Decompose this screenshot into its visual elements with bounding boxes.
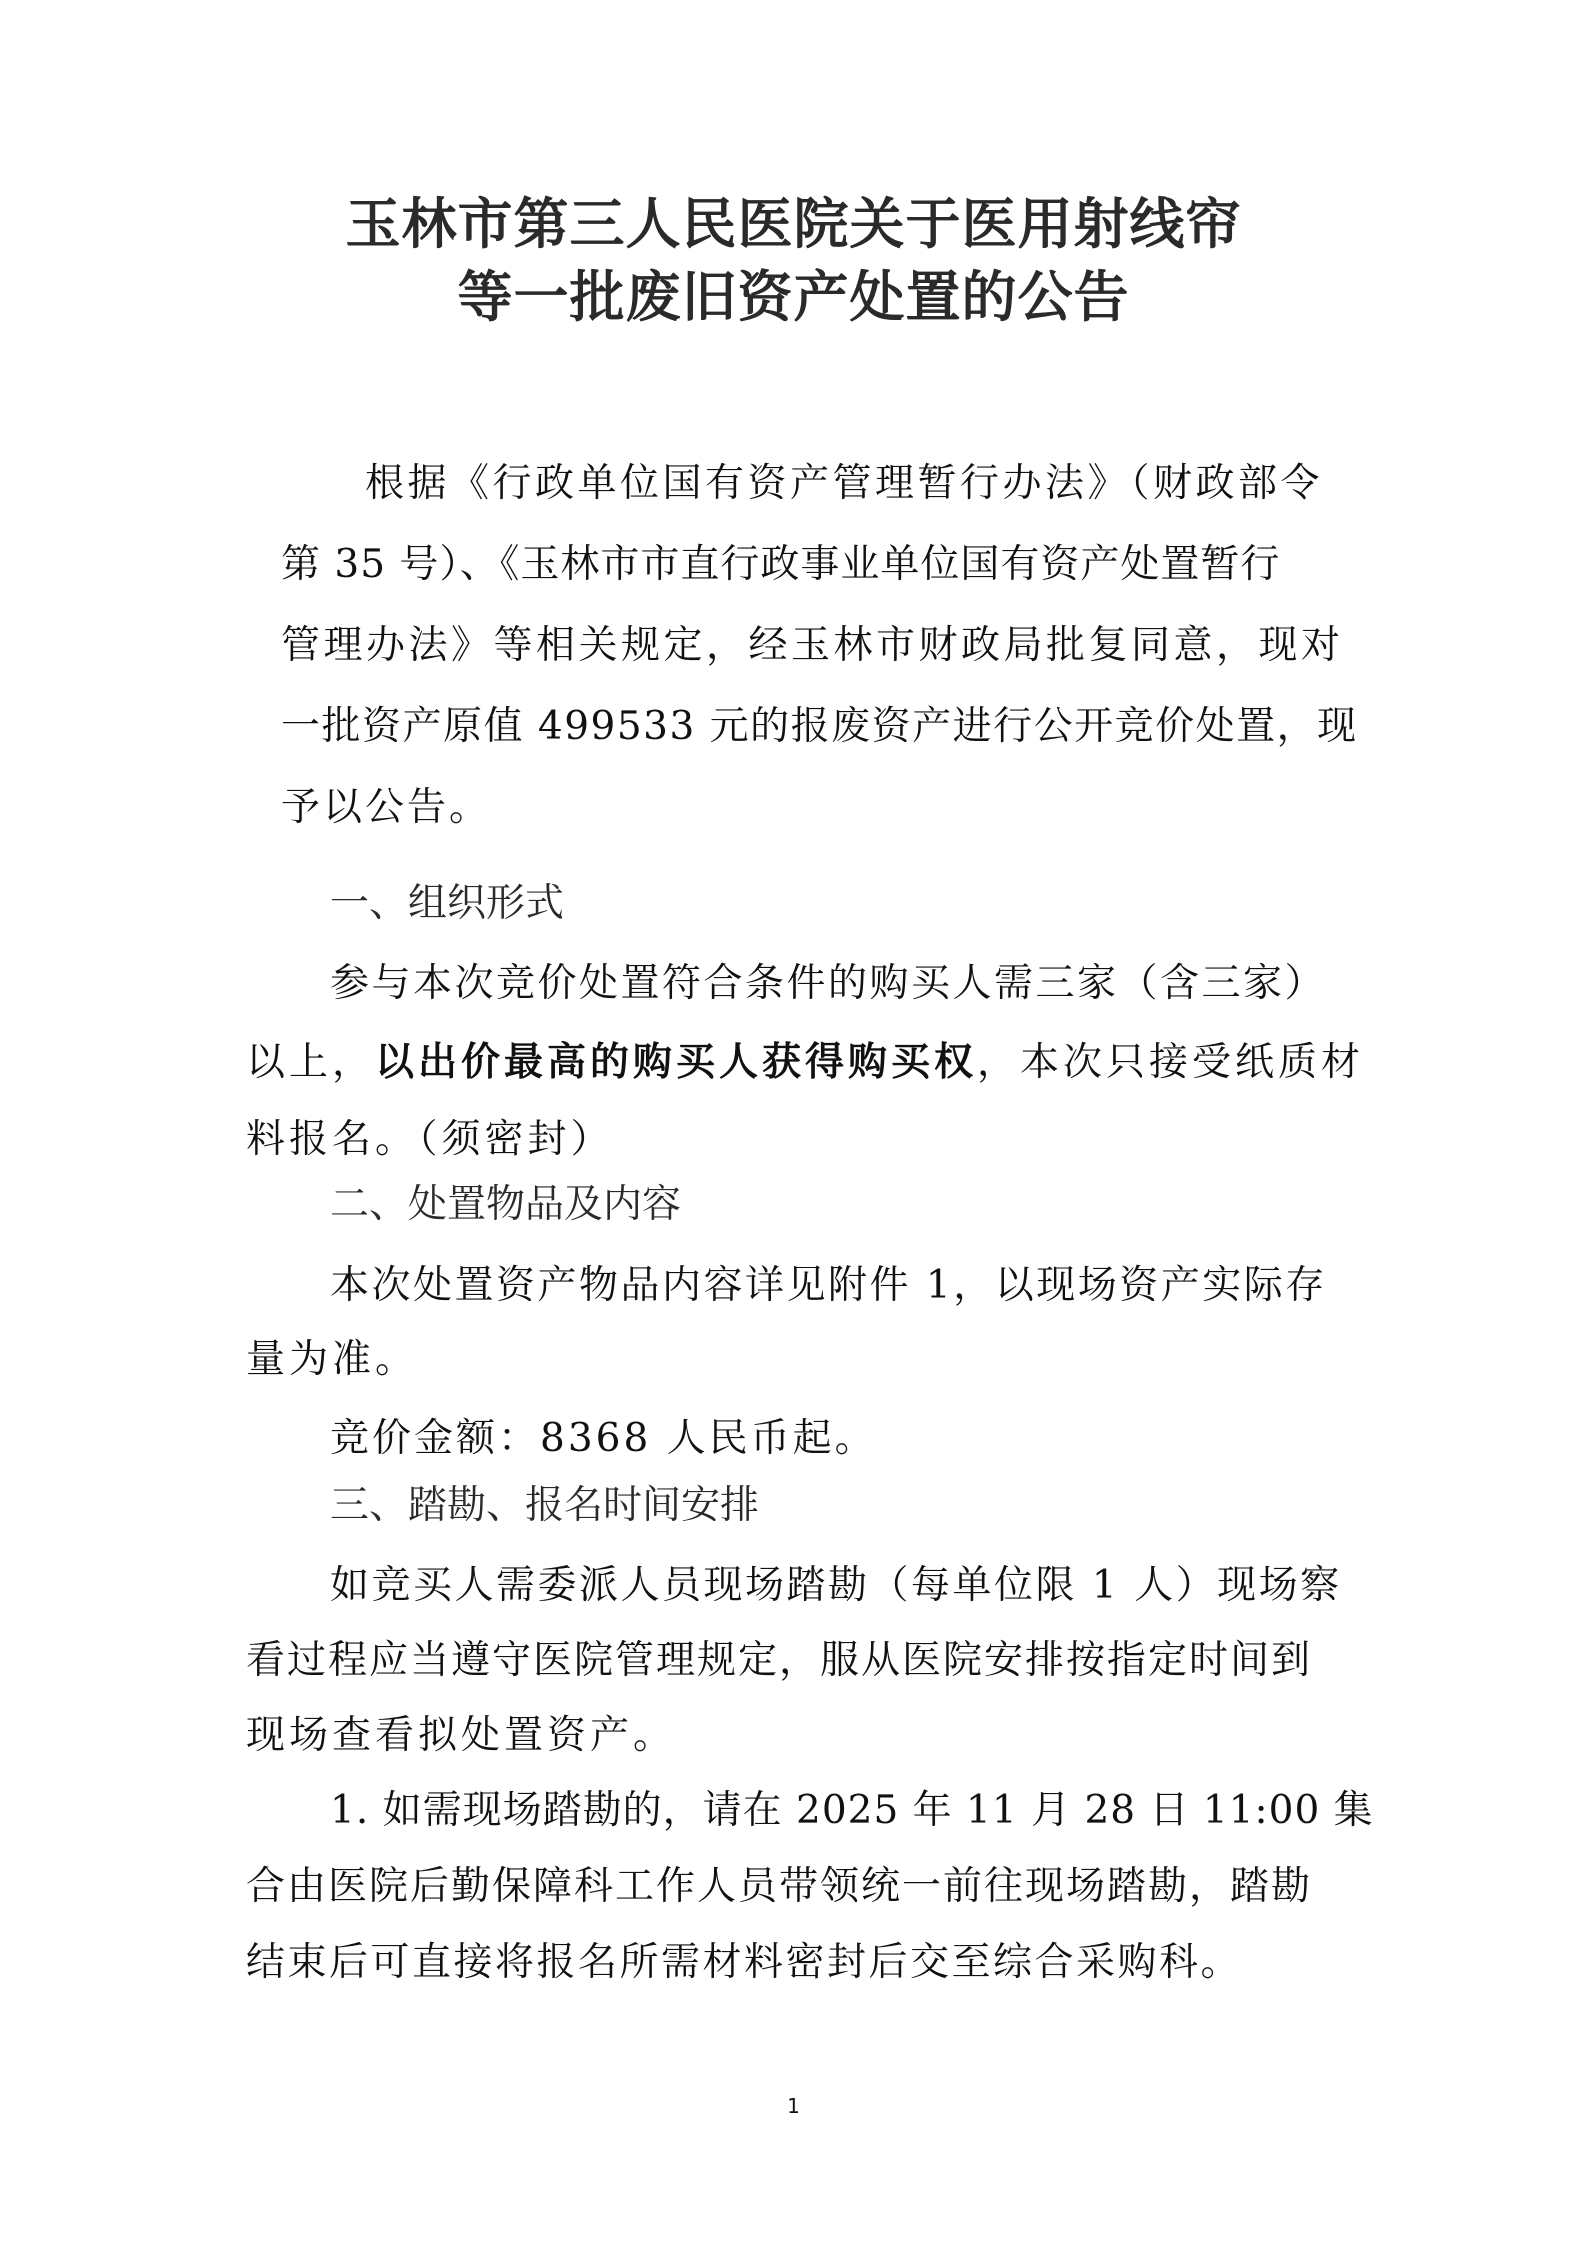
section-heading-2: 二、处置物品及内容	[330, 1185, 681, 1224]
section-2-line-1: 本次处置资产物品内容详见附件 1，以现场资产实际存	[330, 1266, 1327, 1305]
section-3-line-1: 如竞买人需委派人员现场踏勘（每单位限 1 人）现场察	[330, 1566, 1342, 1605]
highest-bidder-clause: 以出价最高的购买人获得购买权	[375, 1039, 977, 1085]
section-heading-3: 三、踏勘、报名时间安排	[330, 1486, 759, 1525]
bid-amount-line: 竞价金额：8368 人民币起。	[330, 1419, 877, 1458]
section-1-line-3: 料报名。（须密封）	[246, 1120, 614, 1159]
section-3-line-3: 现场查看拟处置资产。	[246, 1716, 676, 1755]
intro-line-3: 管理办法》等相关规定，经玉林市财政局批复同意，现对	[281, 626, 1344, 665]
intro-line-2: 第 35 号）、《玉林市市直行政事业单位国有资产处置暂行	[281, 545, 1280, 584]
section-heading-1: 一、组织形式	[330, 884, 564, 923]
section-3-line-4: 1. 如需现场踏勘的，请在 2025 年 11 月 28 日 11:00 集	[330, 1791, 1374, 1830]
document-title-line-2: 等一批废旧资产处置的公告	[0, 270, 1587, 325]
section-1-line-2: 以上，以出价最高的购买人获得购买权，本次只接受纸质材	[246, 1043, 1364, 1082]
section-3-line-5: 合由医院后勤保障科工作人员带领统一前往现场踏勘，踏勘	[246, 1867, 1312, 1906]
document-page: 玉林市第三人民医院关于医用射线帘 等一批废旧资产处置的公告 根据《行政单位国有资…	[0, 0, 1587, 2245]
intro-line-4: 一批资产原值 499533 元的报废资产进行公开竞价处置，现	[281, 707, 1358, 746]
document-title-line-1: 玉林市第三人民医院关于医用射线帘	[0, 197, 1587, 252]
intro-line-5: 予以公告。	[281, 788, 491, 827]
section-1-line-2-prefix: 以上，	[246, 1040, 375, 1085]
section-2-line-2: 量为准。	[246, 1340, 418, 1379]
section-1-line-2-suffix: ，本次只接受纸质材	[977, 1040, 1364, 1085]
section-1-line-1: 参与本次竞价处置符合条件的购买人需三家（含三家）	[330, 964, 1326, 1003]
page-number: 1	[0, 2094, 1587, 2118]
section-3-line-2: 看过程应当遵守医院管理规定，服从医院安排按指定时间到	[246, 1641, 1312, 1680]
section-3-line-6: 结束后可直接将报名所需材料密封后交至综合采购科。	[246, 1943, 1242, 1982]
intro-line-1: 根据《行政单位国有资产管理暂行办法》（财政部令	[365, 464, 1323, 503]
